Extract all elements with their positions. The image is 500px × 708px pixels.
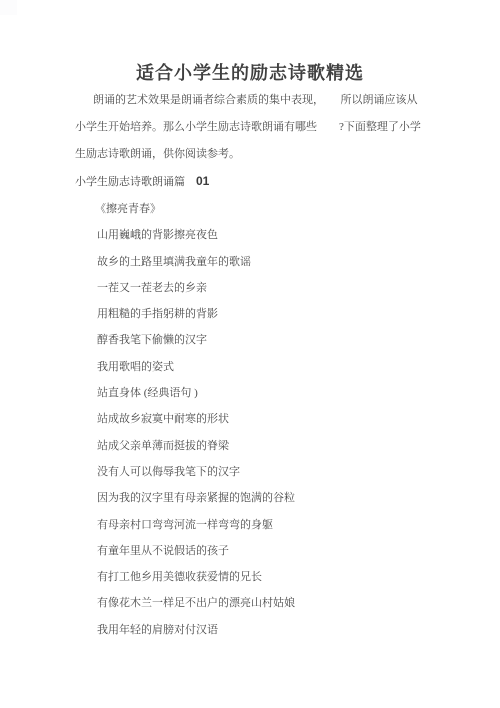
poem-line: 有打工他乡用美德收获爱情的兄长 [97, 564, 460, 590]
poem-line: 站成故乡寂寞中耐寒的形状 [97, 406, 460, 432]
poem-line: 站直身体 (经典语句 ) [97, 380, 460, 406]
poem-line: 有童年里从不说假话的孩子 [97, 538, 460, 564]
intro-line-1: 朗诵的艺术效果是朗诵者综合素质的集中表现， 所以朗诵应该从 [75, 87, 425, 114]
poem-line: 我用歌唱的姿式 [97, 354, 460, 380]
poem-line: 我用年轻的肩膀对付汉语 [97, 617, 460, 643]
poem: 《擦亮青春》 山用巍峨的背影擦亮夜色 故乡的土路里填满我童年的歌谣 一茬又一茬老… [97, 196, 460, 643]
poem-line: 一茬又一茬老去的乡亲 [97, 275, 460, 301]
poem-line: 因为我的汉字里有母亲紧握的饱满的谷粒 [97, 485, 460, 511]
document-page: 适合小学生的励志诗歌精选 朗诵的艺术效果是朗诵者综合素质的集中表现， 所以朗诵应… [0, 0, 500, 708]
intro-line-2: 小学生开始培养。那么小学生励志诗歌朗诵有哪些 ?下面整理了小学 [75, 114, 425, 141]
intro-paragraph: 朗诵的艺术效果是朗诵者综合素质的集中表现， 所以朗诵应该从 小学生开始培养。那么… [0, 87, 500, 168]
page-title: 适合小学生的励志诗歌精选 [0, 0, 500, 87]
corner-artifact [0, 0, 17, 15]
section-heading: 小学生励志诗歌朗诵篇01 [0, 168, 500, 196]
intro-line-3: 生励志诗歌朗诵，供你阅读参考。 [75, 141, 425, 168]
section-label: 小学生励志诗歌朗诵篇 [75, 176, 185, 188]
poem-line: 用粗糙的手指躬耕的背影 [97, 301, 460, 327]
poem-line: 没有人可以侮辱我笔下的汉字 [97, 459, 460, 485]
poem-line: 站成父亲单薄而挺拔的脊梁 [97, 433, 460, 459]
poem-line: 山用巍峨的背影擦亮夜色 [97, 222, 460, 248]
poem-title: 《擦亮青春》 [95, 196, 460, 222]
poem-line: 醇香我笔下偷懒的汉字 [97, 327, 460, 353]
poem-lines: 山用巍峨的背影擦亮夜色 故乡的土路里填满我童年的歌谣 一茬又一茬老去的乡亲 用粗… [97, 222, 460, 643]
poem-line: 有母亲村口弯弯河流一样弯弯的身躯 [97, 512, 460, 538]
poem-line: 故乡的土路里填满我童年的歌谣 [97, 249, 460, 275]
poem-line: 有像花木兰一样足不出户的漂亮山村姑娘 [97, 590, 460, 616]
section-number: 01 [196, 174, 209, 188]
